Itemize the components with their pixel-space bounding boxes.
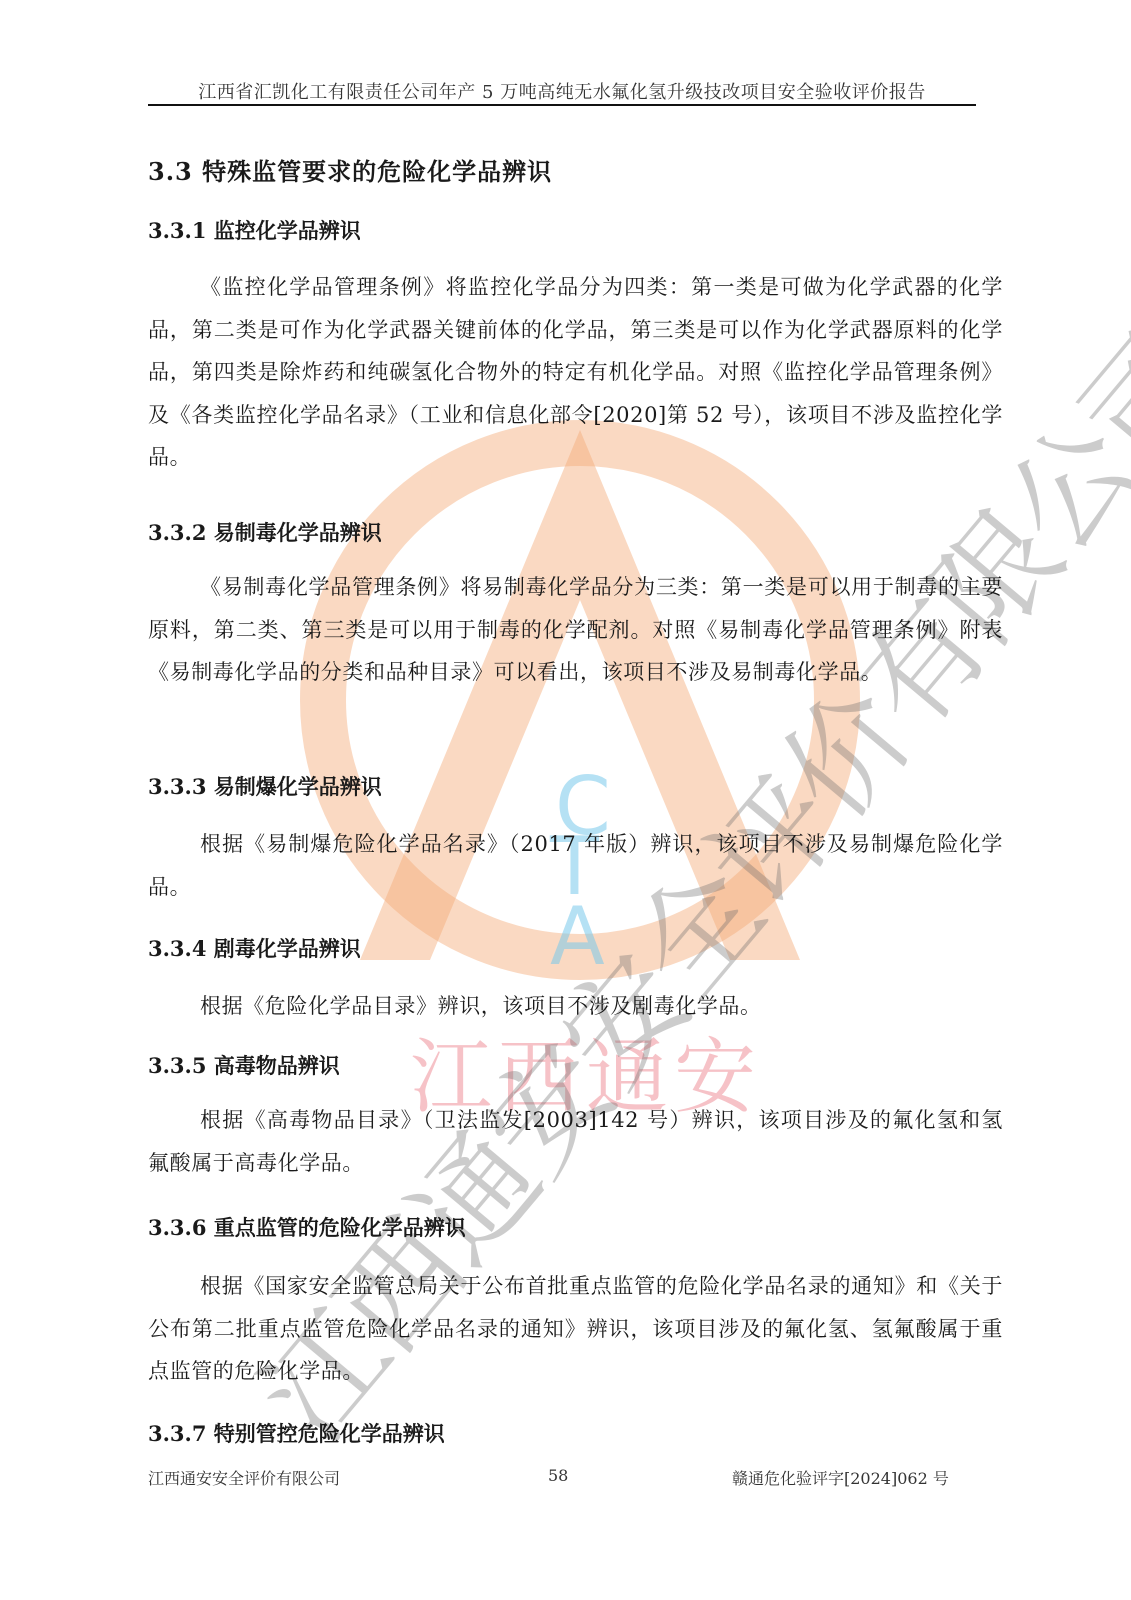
subsection-heading-3-3-5: 3.3.5 高毒物品辨识 — [148, 1050, 340, 1080]
subsection-heading-3-3-4: 3.3.4 剧毒化学品辨识 — [148, 933, 361, 963]
footer-page-number: 58 — [548, 1466, 568, 1485]
paragraph-3-3-4: 根据《危险化学品目录》辨识，该项目不涉及剧毒化学品。 — [148, 985, 1003, 1028]
subsection-heading-3-3-2: 3.3.2 易制毒化学品辨识 — [148, 517, 382, 547]
subsection-heading-3-3-6: 3.3.6 重点监管的危险化学品辨识 — [148, 1212, 466, 1242]
subsection-heading-3-3-7: 3.3.7 特别管控危险化学品辨识 — [148, 1418, 445, 1448]
footer-company: 江西通安安全评价有限公司 — [148, 1466, 340, 1489]
header-divider — [148, 104, 976, 106]
paragraph-3-3-1: 《监控化学品管理条例》将监控化学品分为四类：第一类是可做为化学武器的化学品，第二… — [148, 266, 1003, 479]
paragraph-3-3-6: 根据《国家安全监管总局关于公布首批重点监管的危险化学品名录的通知》和《关于公布第… — [148, 1265, 1003, 1393]
subsection-heading-3-3-1: 3.3.1 监控化学品辨识 — [148, 215, 361, 245]
subsection-heading-3-3-3: 3.3.3 易制爆化学品辨识 — [148, 771, 382, 801]
paragraph-3-3-2: 《易制毒化学品管理条例》将易制毒化学品分为三类：第一类是可以用于制毒的主要原料，… — [148, 566, 1003, 694]
running-header: 江西省汇凯化工有限责任公司年产 5 万吨高纯无水氟化氢升级技改项目安全验收评价报… — [148, 78, 976, 104]
document-page: 江西省汇凯化工有限责任公司年产 5 万吨高纯无水氟化氢升级技改项目安全验收评价报… — [0, 0, 1131, 1600]
paragraph-3-3-3: 根据《易制爆危险化学品名录》（2017 年版）辨识，该项目不涉及易制爆危险化学品… — [148, 823, 1003, 908]
section-title: 3.3 特殊监管要求的危险化学品辨识 — [148, 152, 552, 187]
footer-report-number: 赣通危化验评字[2024]062 号 — [732, 1466, 949, 1489]
paragraph-3-3-5: 根据《高毒物品目录》（卫法监发[2003]142 号）辨识，该项目涉及的氟化氢和… — [148, 1099, 1003, 1184]
